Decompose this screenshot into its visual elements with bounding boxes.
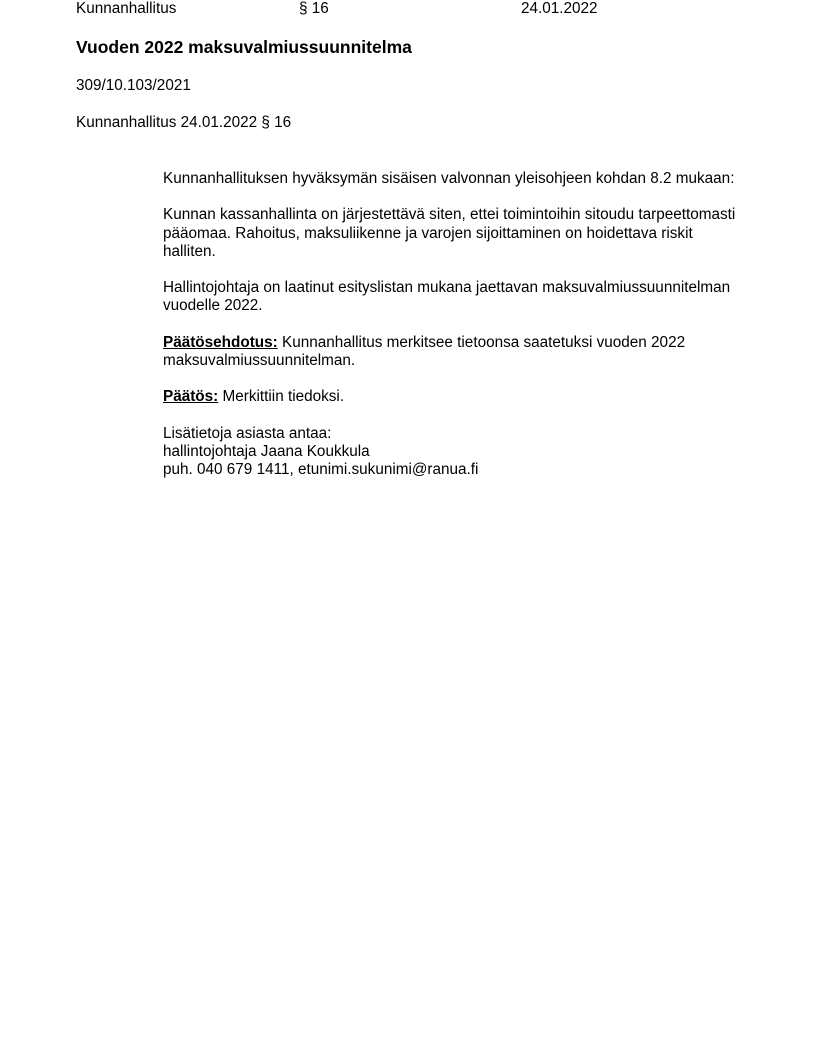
header-date: 24.01.2022 [521, 0, 598, 19]
paragraph-intro: Kunnanhallituksen hyväksymän sisäisen va… [163, 170, 743, 188]
contact-phone-email: puh. 040 679 1411, etunimi.sukunimi@ranu… [163, 461, 743, 479]
decision-text: Merkittiin tiedoksi. [218, 388, 344, 405]
proposal-label: Päätösehdotus: [163, 334, 278, 351]
document-body: Kunnanhallituksen hyväksymän sisäisen va… [163, 170, 743, 479]
paragraph-cash-management: Kunnan kassanhallinta on järjestettävä s… [163, 206, 743, 261]
contact-intro: Lisätietoja asiasta antaa: [163, 425, 743, 443]
meeting-reference: Kunnanhallitus 24.01.2022 § 16 [76, 113, 291, 133]
decision-proposal: Päätösehdotus: Kunnanhallitus merkitsee … [163, 334, 743, 370]
document-title: Vuoden 2022 maksuvalmiussuunnitelma [76, 36, 412, 58]
contact-person: hallintojohtaja Jaana Koukkula [163, 443, 743, 461]
contact-info: Lisätietoja asiasta antaa: hallintojohta… [163, 425, 743, 480]
page-header: Kunnanhallitus § 16 24.01.2022 [0, 0, 816, 19]
diary-number: 309/10.103/2021 [76, 76, 191, 96]
header-organ: Kunnanhallitus [76, 0, 176, 19]
paragraph-plan: Hallintojohtaja on laatinut esityslistan… [163, 279, 743, 315]
header-section: § 16 [299, 0, 329, 19]
decision: Päätös: Merkittiin tiedoksi. [163, 388, 743, 406]
decision-label: Päätös: [163, 388, 218, 405]
